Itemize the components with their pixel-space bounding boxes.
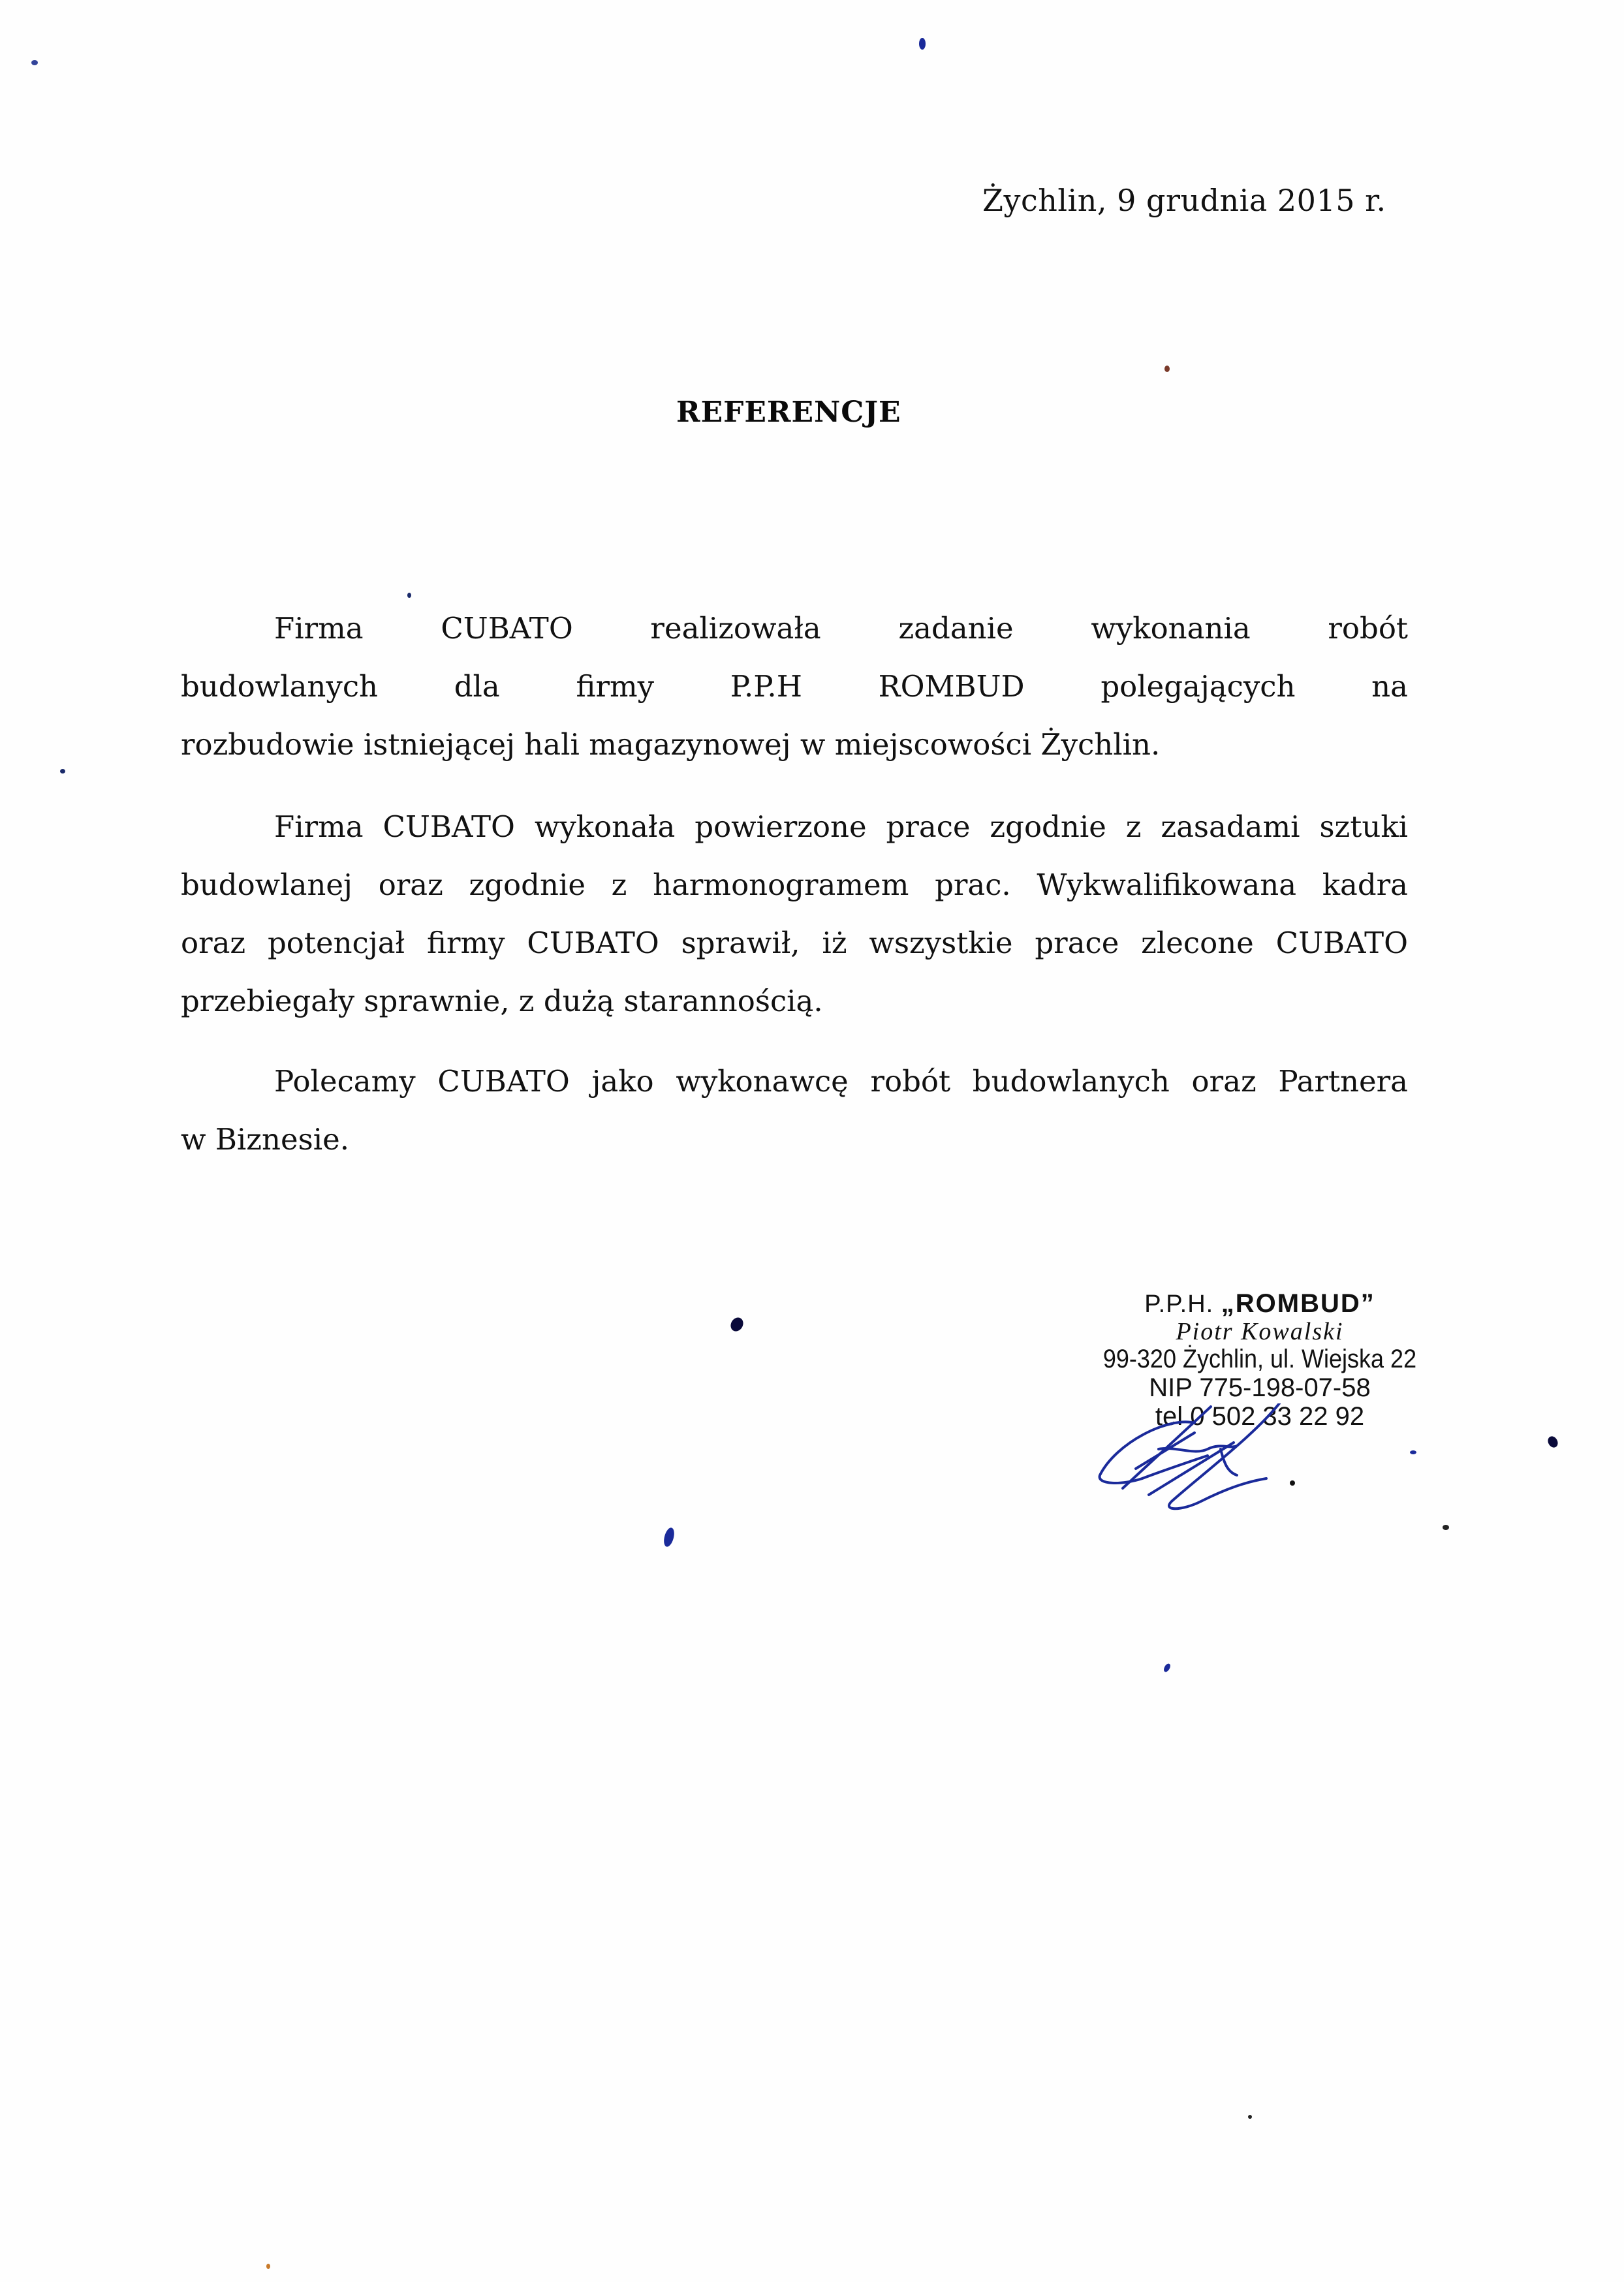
document-title: REFERENCJE (676, 396, 901, 429)
stamp-company: P.P.H. „ROMBUD” (1070, 1289, 1449, 1319)
scan-speck (1248, 2115, 1252, 2119)
paragraph-3: Polecamy CUBATO jako wykonawcę robót bud… (181, 1052, 1408, 1168)
scan-speck (662, 1527, 676, 1548)
stamp-company-prefix: P.P.H. (1144, 1290, 1213, 1318)
place-and-date: Żychlin, 9 grudnia 2015 r. (982, 183, 1386, 218)
scanned-letter-page: Żychlin, 9 grudnia 2015 r. REFERENCJE Fi… (0, 0, 1624, 2282)
paragraph-line: Firma CUBATO wykonała powierzone prace z… (181, 798, 1408, 856)
scan-speck (1546, 1435, 1559, 1450)
scan-speck (728, 1315, 746, 1334)
paragraph-line: rozbudowie istniejącej hali magazynowej … (181, 715, 1408, 774)
paragraph-line: budowlanej oraz zgodnie z harmonogramem … (181, 856, 1408, 914)
stamp-company-name: „ROMBUD” (1221, 1289, 1375, 1318)
paragraph-line: oraz potencjał firmy CUBATO sprawił, iż … (181, 914, 1408, 972)
scan-speck (407, 593, 411, 598)
scan-speck (1443, 1525, 1449, 1530)
scan-speck (919, 38, 926, 50)
paragraph-2: Firma CUBATO wykonała powierzone prace z… (181, 798, 1408, 1030)
scan-speck (1164, 366, 1170, 372)
scan-speck (266, 2264, 270, 2269)
paragraph-line: Polecamy CUBATO jako wykonawcę robót bud… (181, 1052, 1408, 1110)
scan-speck (1410, 1450, 1416, 1454)
stamp-address: 99-320 Żychlin, ul. Wiejska 22 (1089, 1345, 1430, 1373)
paragraph-line: przebiegały sprawnie, z dużą staranności… (181, 972, 1408, 1030)
paragraph-line: Firma CUBATO realizowała zadanie wykonan… (181, 599, 1408, 657)
stamp-owner: Piotr Kowalski (1070, 1319, 1449, 1345)
paragraph-line: w Biznesie. (181, 1110, 1408, 1168)
scan-speck (31, 60, 38, 65)
paragraph-line: budowlanych dla firmy P.P.H ROMBUD poleg… (181, 657, 1408, 715)
stamp-nip: NIP 775-198-07-58 (1070, 1373, 1449, 1402)
handwritten-signature (1097, 1403, 1305, 1514)
scan-speck (60, 769, 65, 774)
paragraph-1: Firma CUBATO realizowała zadanie wykonan… (181, 599, 1408, 774)
scan-speck (1163, 1663, 1172, 1673)
